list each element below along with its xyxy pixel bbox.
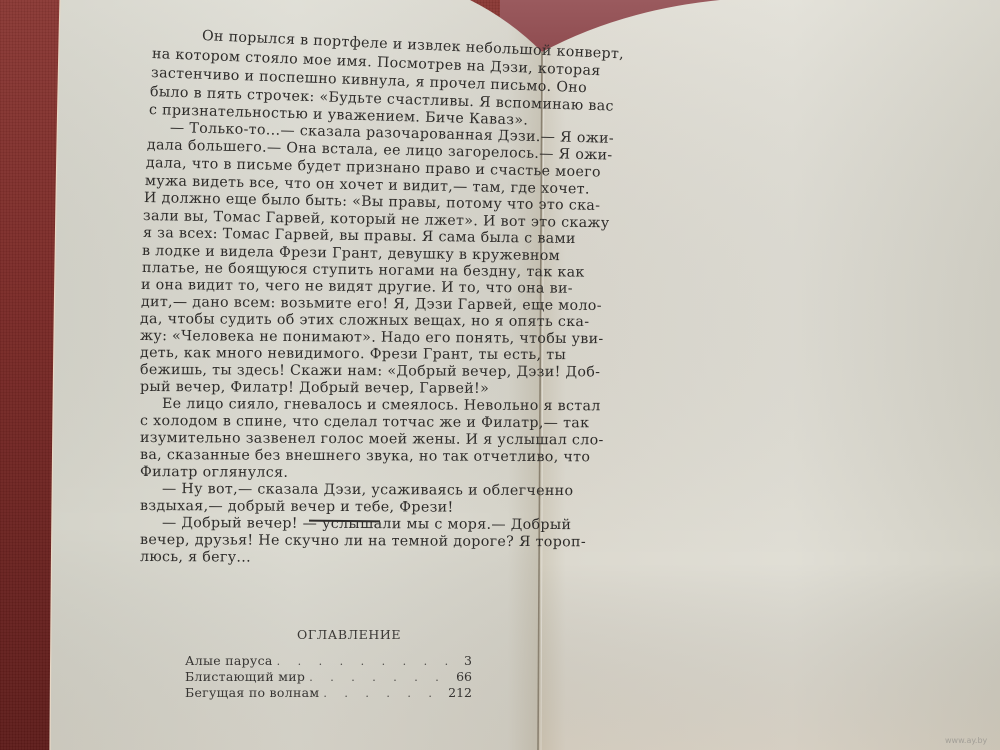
toc-entry-page: 66 (456, 669, 472, 684)
toc-leader-dots: . . . . . . . . . . . . . . . . . . . . … (277, 655, 460, 668)
toc-entry-page: 3 (464, 653, 472, 668)
toc-entry: Блистающий мир . . . . . . . . . . . . .… (185, 669, 472, 685)
toc-entry: Бегущая по волнам . . . . . . . . . . . … (185, 685, 472, 701)
book-pages (0, 0, 1000, 750)
toc-entry: Алые паруса . . . . . . . . . . . . . . … (185, 653, 472, 669)
toc-leader-dots: . . . . . . . . . . . . . . . . . . . . … (309, 671, 452, 684)
toc-entry-page: 212 (448, 685, 472, 700)
toc-leader-dots: . . . . . . . . . . . . . . . . . . . . … (323, 687, 444, 700)
toc-title: ОГЛАВЛЕНИЕ (297, 627, 401, 642)
watermark: www.ay.by (945, 736, 987, 745)
toc-entry-title: Бегущая по волнам (185, 685, 319, 700)
toc-entry-title: Блистающий мир (185, 669, 305, 684)
toc-entry-title: Алые паруса (185, 653, 273, 668)
